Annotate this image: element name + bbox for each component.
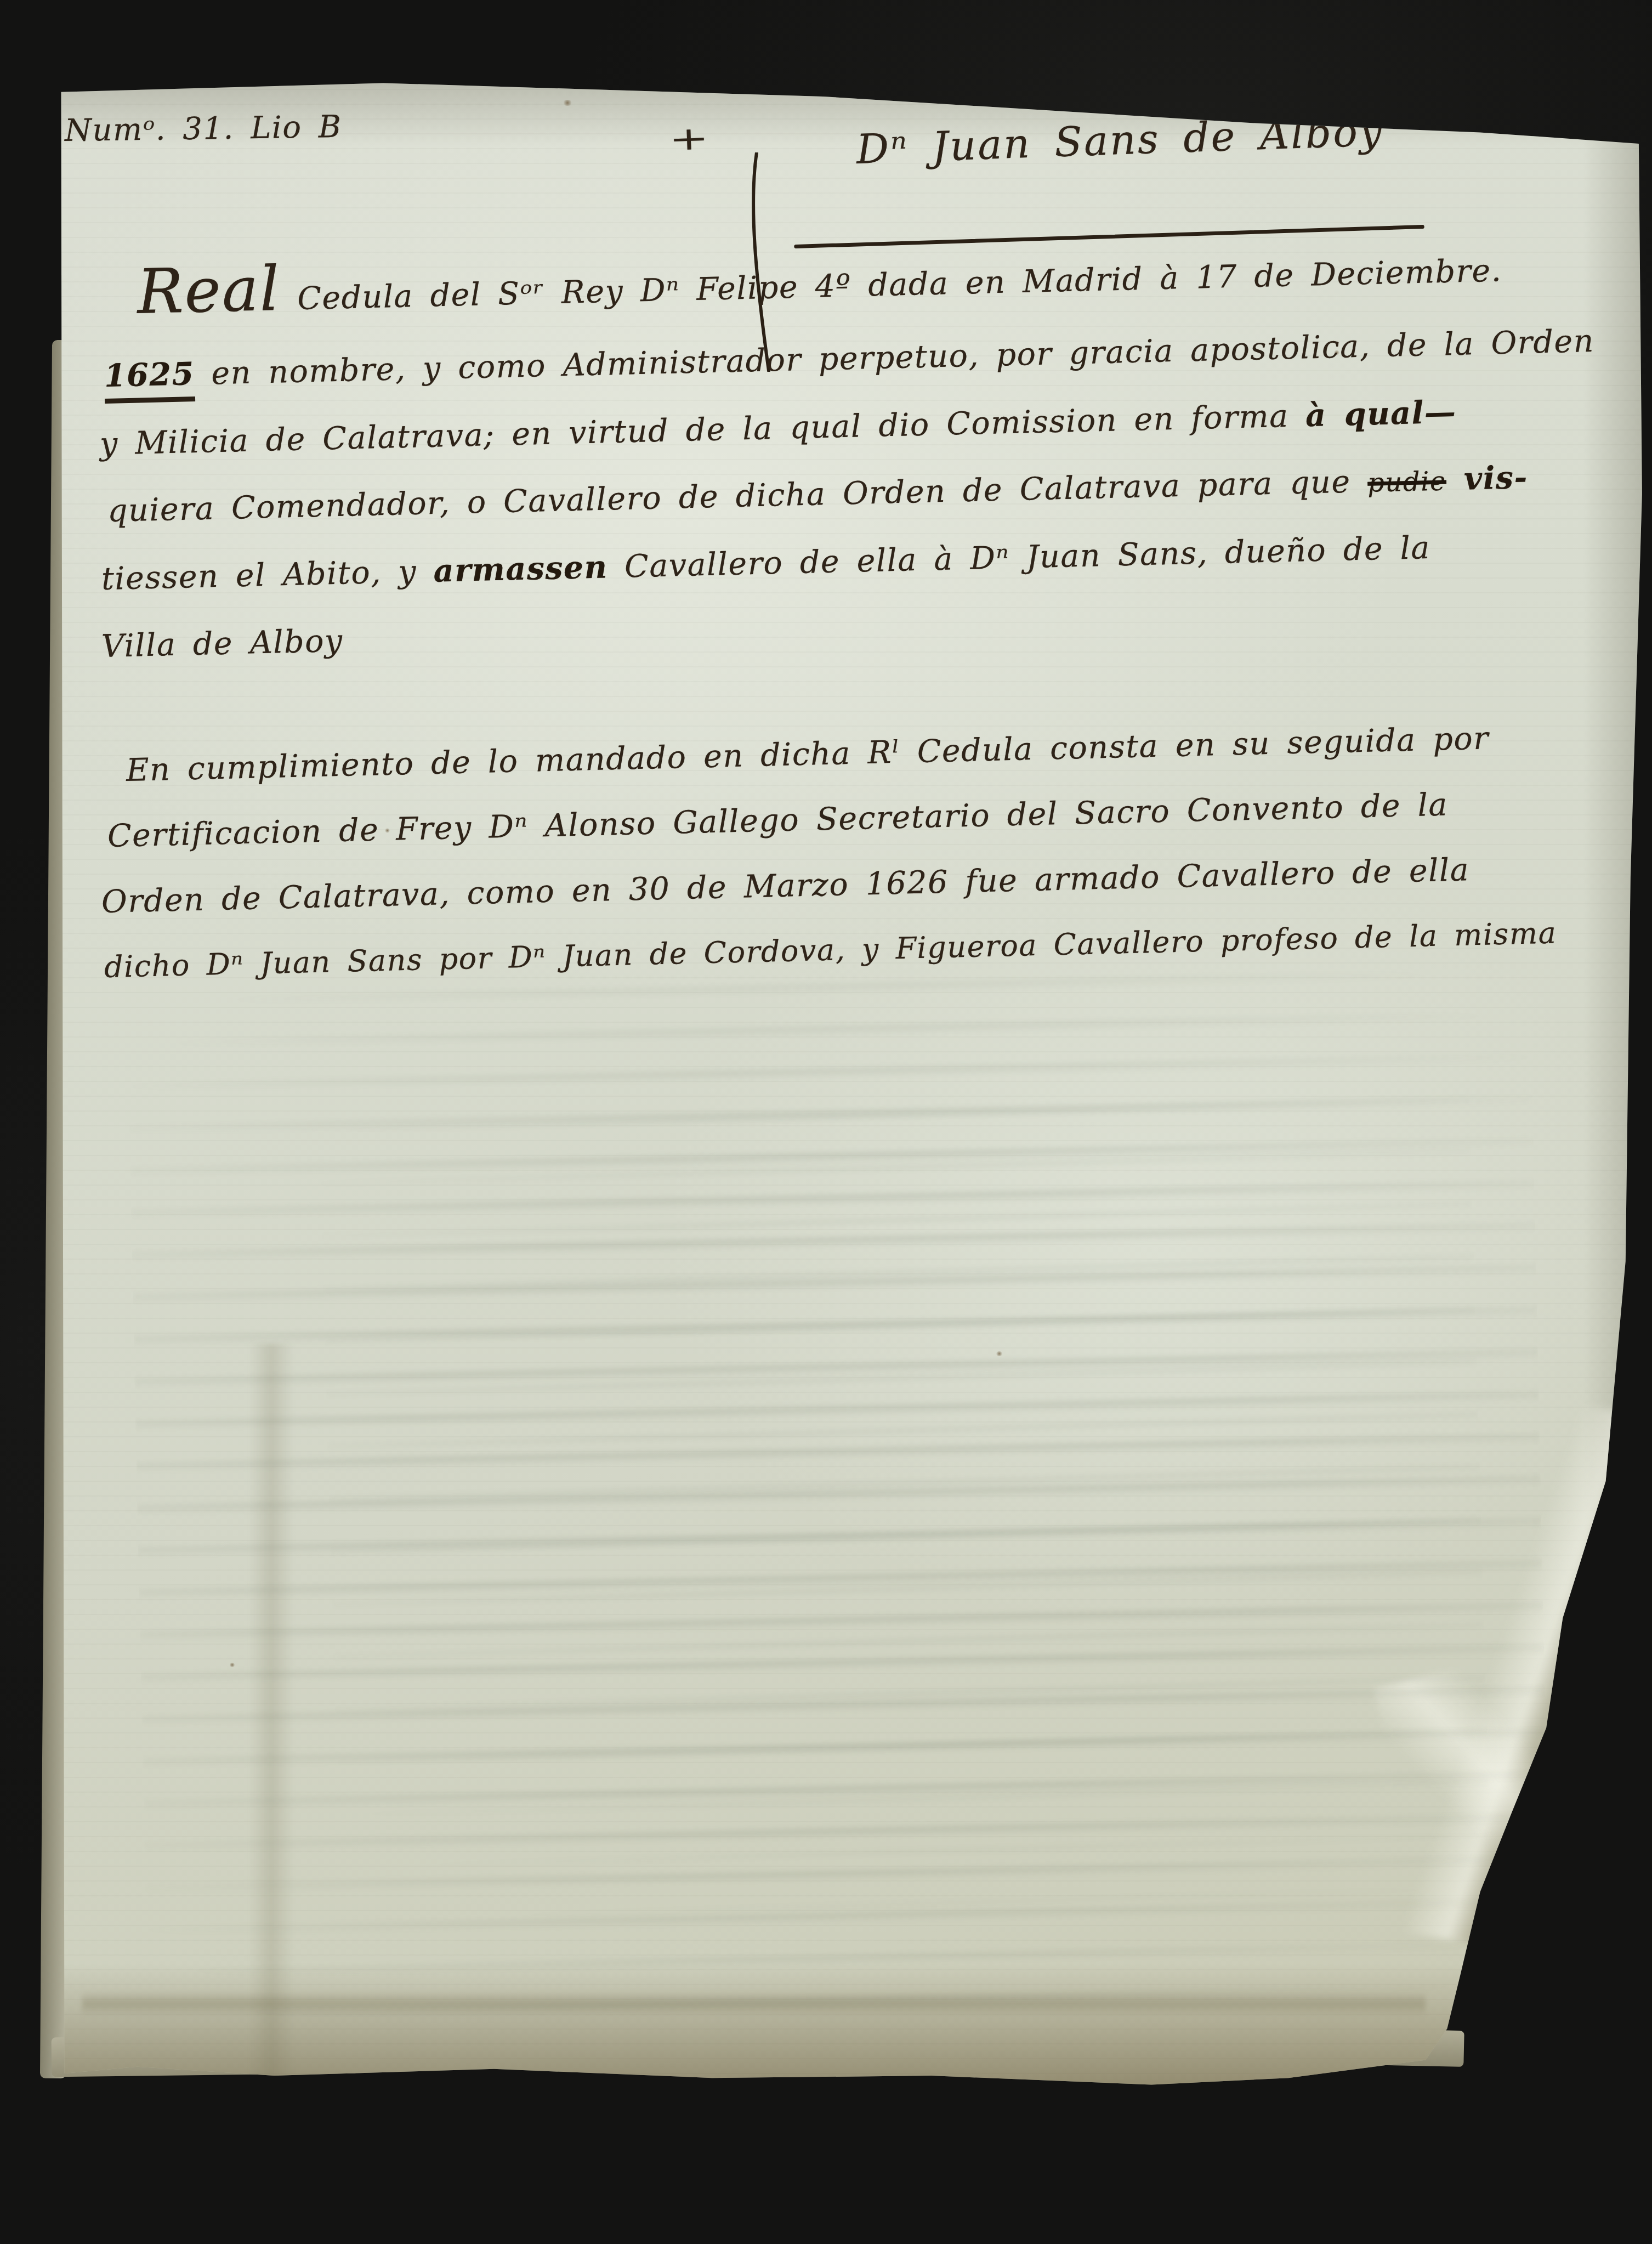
line-text: dicho Dⁿ Juan Sans por Dⁿ Juan de Cordov…: [104, 916, 1557, 984]
emphasized-words: à qual—: [1305, 394, 1457, 434]
line-text: Villa de Alboy: [101, 623, 343, 665]
line-text: Certificacion de Frey Dⁿ Alonso Gallego …: [107, 786, 1448, 854]
manuscript-line: y Milicia de Calatrava; en virtud de la …: [99, 394, 1457, 462]
manuscript-line: Villa de Alboy: [101, 623, 343, 665]
manuscript-line: 1625 en nombre, y como Administrador per…: [104, 322, 1594, 394]
opening-word: Real: [136, 253, 281, 328]
line-text: en nombre, y como Administrador perpetuo…: [194, 323, 1595, 392]
manuscript-line: Certificacion de Frey Dⁿ Alonso Gallego …: [107, 786, 1448, 854]
line-text: quiera Comendador, o Cavallero de dicha …: [107, 463, 1368, 529]
manuscript-paper: Numᵒ. 31. Lio B + Dⁿ Juan Sans de Alboy …: [0, 0, 1652, 2244]
line-text: Cavallero de ella à Dⁿ Juan Sans, dueño …: [608, 530, 1431, 585]
struck-word: pudie: [1367, 466, 1447, 498]
line-text: En cumplimiento de lo mandado en dicha R…: [126, 720, 1489, 789]
line-text: Orden de Calatrava, como en 30 de Marzo …: [101, 852, 1470, 920]
line-text: Cedula del Sᵒʳ Rey Dⁿ Felipe 4º dada en …: [280, 252, 1502, 317]
photograph-stage: Numᵒ. 31. Lio B + Dⁿ Juan Sans de Alboy …: [0, 0, 1652, 2244]
manuscript-content: Numᵒ. 31. Lio B + Dⁿ Juan Sans de Alboy …: [0, 0, 1652, 2244]
manuscript-line: dicho Dⁿ Juan Sans por Dⁿ Juan de Cordov…: [104, 916, 1557, 984]
manuscript-line: quiera Comendador, o Cavallero de dicha …: [107, 459, 1528, 529]
docket-title: Dⁿ Juan Sans de Alboy: [855, 107, 1384, 173]
manuscript-line: tiessen el Abito, y armassen Cavallero d…: [101, 529, 1430, 597]
line-text: y Milicia de Calatrava; en virtud de la …: [99, 398, 1306, 462]
emphasized-words: armassen: [433, 548, 609, 589]
year-1625: 1625: [104, 355, 195, 404]
line-text: tiessen el Abito, y: [101, 553, 434, 597]
archival-note: Numᵒ. 31. Lio B: [65, 109, 342, 149]
manuscript-line: Real Cedula del Sᵒʳ Rey Dⁿ Felipe 4º dad…: [136, 224, 1502, 328]
manuscript-line: En cumplimiento de lo mandado en dicha R…: [126, 720, 1489, 789]
manuscript-line: Orden de Calatrava, como en 30 de Marzo …: [101, 852, 1470, 920]
emphasized-words: vis-: [1446, 459, 1528, 497]
cross-mark: +: [668, 119, 711, 158]
